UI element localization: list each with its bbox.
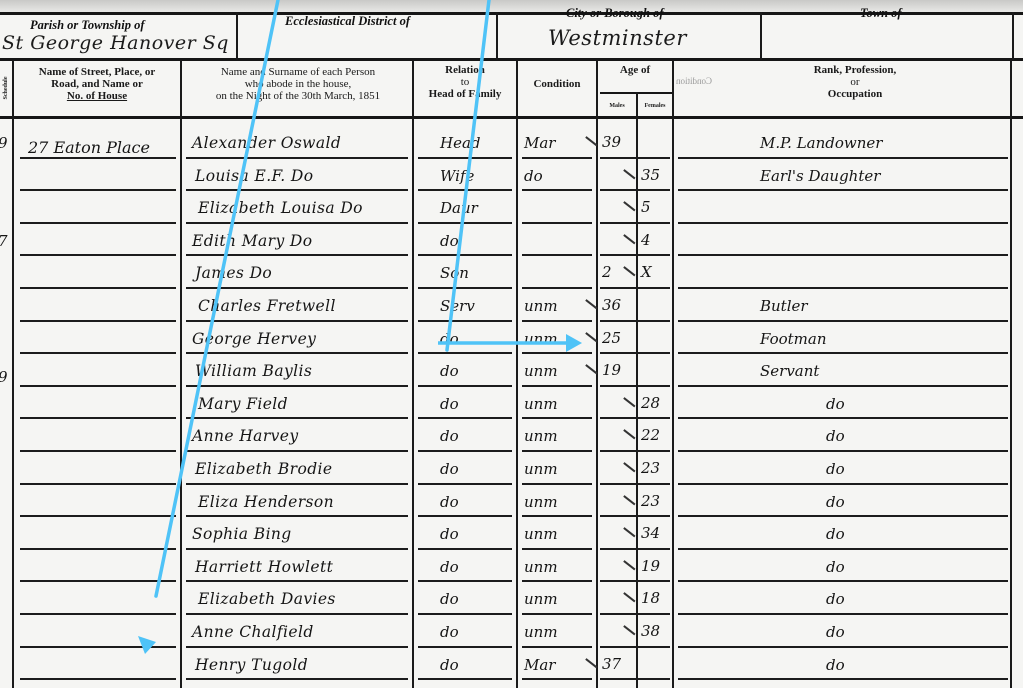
female-age: X (641, 263, 652, 281)
occupation: M.P. Landowner (760, 134, 882, 152)
header-divider-3 (760, 12, 762, 60)
row-rule-street (20, 157, 176, 159)
row-rule-age (600, 287, 670, 289)
row-rule-relation (418, 646, 512, 648)
relation-to-head: do (440, 427, 459, 445)
row-rule-age (600, 385, 670, 387)
row-rule-occupation (678, 189, 1008, 191)
table-row: Charles FretwellServunm36Butler (0, 291, 1023, 324)
occupation: do (826, 656, 845, 674)
row-rule-relation (418, 483, 512, 485)
occupation: Earl's Daughter (760, 167, 880, 185)
row-rule-occupation (678, 287, 1008, 289)
row-rule-name (186, 320, 408, 322)
row-rule-age (600, 254, 670, 256)
age-tick-mark (624, 267, 636, 277)
row-rule-condition (522, 157, 592, 159)
person-name: Anne Chalfield (192, 623, 314, 641)
age-of-header: Age of (620, 64, 650, 76)
row-rule-street (20, 580, 176, 582)
name-header-line3: on the Night of the 30th March, 1851 (216, 90, 380, 102)
person-name: Alexander Oswald (192, 134, 341, 152)
row-rule-name (186, 548, 408, 550)
row-rule-relation (418, 678, 512, 680)
table-row: William Baylisdounm19Servant (0, 356, 1023, 389)
relation-to-head: do (440, 590, 459, 608)
row-rule-street (20, 189, 176, 191)
occupation: do (826, 558, 845, 576)
row-rule-age (600, 417, 670, 419)
row-rule-street (20, 450, 176, 452)
table-row: Anne Chalfielddounm38do (0, 617, 1023, 650)
age-tick-mark (624, 560, 636, 570)
female-age: 4 (641, 231, 651, 249)
table-row: Mary Fielddounm28do (0, 389, 1023, 422)
relation-to-head: do (440, 493, 459, 511)
occupation: do (826, 590, 845, 608)
age-tick-mark (624, 495, 636, 505)
row-rule-name (186, 450, 408, 452)
occupation: do (826, 623, 845, 641)
street-header-line2: Road, and Name or (51, 78, 143, 90)
relation-to-head: Serv (440, 297, 475, 315)
row-rule-street (20, 254, 176, 256)
row-rule-occupation (678, 580, 1008, 582)
person-name: Charles Fretwell (198, 297, 336, 315)
occupation: do (826, 493, 845, 511)
row-rule-condition (522, 385, 592, 387)
age-tick-mark (624, 169, 636, 179)
row-rule-condition (522, 580, 592, 582)
person-name: Eliza Henderson (198, 493, 334, 511)
row-rule-age (600, 580, 670, 582)
ecclesiastical-label: Ecclesiastical District of (285, 14, 410, 29)
relation-to-head: do (440, 623, 459, 641)
table-row: Elizabeth Daviesdounm18do (0, 584, 1023, 617)
age-tick-mark (624, 234, 636, 244)
row-rule-age (600, 483, 670, 485)
row-rule-street (20, 417, 176, 419)
row-rule-name (186, 222, 408, 224)
row-rule-relation (418, 613, 512, 615)
row-rule-condition (522, 548, 592, 550)
age-tick-mark (624, 201, 636, 211)
female-age: 22 (641, 426, 660, 444)
person-name: Elizabeth Brodie (195, 460, 332, 478)
marital-condition: unm (524, 525, 558, 543)
occupation-header-line2: or (850, 76, 859, 88)
row-rule-occupation (678, 646, 1008, 648)
marital-condition: do (524, 167, 543, 185)
relation-to-head: do (440, 330, 459, 348)
male-age: 25 (602, 329, 621, 347)
occupation: do (826, 427, 845, 445)
person-name: George Hervey (192, 330, 316, 348)
table-row: Louisa E.F. DoWifedo35Earl's Daughter (0, 161, 1023, 194)
marital-condition: unm (524, 330, 558, 348)
age-tick-mark (624, 430, 636, 440)
row-rule-street (20, 515, 176, 517)
row-rule-age (600, 320, 670, 322)
relation-to-head: do (440, 232, 459, 250)
age-tick-mark (586, 136, 598, 146)
row-rule-relation (418, 417, 512, 419)
town-label: Town of (860, 6, 902, 21)
age-tick-mark (624, 625, 636, 635)
row-rule-age (600, 352, 670, 354)
person-name: Edith Mary Do (192, 232, 313, 250)
row-rule-name (186, 646, 408, 648)
age-tick-mark (624, 527, 636, 537)
row-rule-street (20, 646, 176, 648)
city-value: Westminster (548, 26, 687, 50)
table-row: Henry TugolddoMar37do (0, 650, 1023, 683)
row-rule-street (20, 222, 176, 224)
female-age: 35 (641, 166, 660, 184)
age-tick-mark (624, 397, 636, 407)
female-age: 23 (641, 492, 660, 510)
age-tick-mark (586, 658, 598, 668)
row-rule-name (186, 613, 408, 615)
row-rule-street (20, 678, 176, 680)
marital-condition: unm (524, 395, 558, 413)
female-age: 28 (641, 394, 660, 412)
schedule-col-header: Schedule (0, 66, 12, 110)
row-rule-occupation (678, 385, 1008, 387)
row-rule-condition (522, 352, 592, 354)
name-header-line1: Name and Surname of each Person (221, 66, 375, 78)
row-rule-street (20, 548, 176, 550)
table-row: Harriett Howlettdounm19do (0, 552, 1023, 585)
header-divider-1 (236, 12, 238, 60)
marital-condition: Mar (524, 656, 555, 674)
person-name: Elizabeth Davies (198, 590, 336, 608)
row-rule-occupation (678, 483, 1008, 485)
females-header: Females (638, 100, 672, 112)
row-rule-age (600, 678, 670, 680)
male-age: 39 (602, 133, 621, 151)
occupation: do (826, 395, 845, 413)
row-rule-name (186, 352, 408, 354)
age-col-header: Age of (598, 64, 672, 76)
table-row: Elizabeth Brodiedounm23do (0, 454, 1023, 487)
female-age: 5 (641, 198, 651, 216)
occupation-header-line1: Rank, Profession, (814, 64, 897, 76)
row-rule-condition (522, 254, 592, 256)
table-row: Anne Harveydounm22do (0, 421, 1023, 454)
row-rule-occupation (678, 417, 1008, 419)
row-rule-occupation (678, 548, 1008, 550)
row-rule-relation (418, 548, 512, 550)
row-rule-street (20, 352, 176, 354)
table-row: Sophia Bingdounm34do (0, 519, 1023, 552)
relation-to-head: Head (440, 134, 481, 152)
row-rule-name (186, 417, 408, 419)
occupation: do (826, 460, 845, 478)
age-tick-mark (586, 364, 598, 374)
row-rule-occupation (678, 254, 1008, 256)
row-rule-age (600, 222, 670, 224)
person-name: James Do (195, 264, 272, 282)
row-rule-age (600, 450, 670, 452)
column-header-bottom-rule (0, 116, 1023, 119)
city-label: City or Borough of (566, 6, 664, 21)
row-rule-occupation (678, 515, 1008, 517)
male-age: 36 (602, 296, 621, 314)
street-header-line3: No. of House (67, 90, 127, 102)
person-name: Elizabeth Louisa Do (198, 199, 363, 217)
age-tick-mark (624, 462, 636, 472)
row-rule-name (186, 678, 408, 680)
occupation: Servant (760, 362, 819, 380)
row-rule-age (600, 613, 670, 615)
row-rule-condition (522, 613, 592, 615)
row-rule-occupation (678, 352, 1008, 354)
marital-condition: unm (524, 362, 558, 380)
relation-to-head: do (440, 525, 459, 543)
row-rule-street (20, 483, 176, 485)
row-rule-age (600, 515, 670, 517)
occupation: Footman (760, 330, 827, 348)
relation-to-head: do (440, 656, 459, 674)
row-rule-condition (522, 678, 592, 680)
row-rule-street (20, 385, 176, 387)
table-row: Elizabeth Louisa DoDaur5 (0, 193, 1023, 226)
row-rule-occupation (678, 678, 1008, 680)
row-rule-name (186, 483, 408, 485)
row-rule-condition (522, 646, 592, 648)
row-rule-relation (418, 287, 512, 289)
relation-to-head: do (440, 460, 459, 478)
row-rule-age (600, 157, 670, 159)
row-rule-relation (418, 450, 512, 452)
row-rule-relation (418, 320, 512, 322)
header-divider-2 (496, 12, 498, 60)
row-rule-street (20, 287, 176, 289)
occupation: do (826, 525, 845, 543)
relation-header-line2: to (461, 76, 470, 88)
relation-to-head: Wife (440, 167, 474, 185)
person-name: Harriett Howlett (195, 558, 333, 576)
marital-condition: unm (524, 297, 558, 315)
row-rule-name (186, 580, 408, 582)
row-rule-street (20, 320, 176, 322)
person-name: Henry Tugold (195, 656, 308, 674)
relation-header-line3: Head of Family (429, 88, 502, 100)
occupation-header-line3: Occupation (828, 88, 882, 100)
relation-to-head: do (440, 558, 459, 576)
row-rule-relation (418, 222, 512, 224)
row-rule-name (186, 254, 408, 256)
marital-condition: unm (524, 493, 558, 511)
header-divider-4 (1012, 12, 1014, 60)
female-age: 23 (641, 459, 660, 477)
name-col-header: Name and Surname of each Person who abod… (182, 66, 414, 102)
relation-to-head: do (440, 395, 459, 413)
row-rule-relation (418, 352, 512, 354)
row-rule-condition (522, 287, 592, 289)
female-age: 38 (641, 622, 660, 640)
occupation-col-header: Rank, Profession, or Occupation (780, 64, 930, 100)
table-row: Eliza Hendersondounm23do (0, 487, 1023, 520)
marital-condition: unm (524, 460, 558, 478)
occupation: Butler (760, 297, 808, 315)
relation-col-header: Relation to Head of Family (414, 64, 516, 100)
table-row: George Herveydounm25Footman (0, 324, 1023, 357)
marital-condition: unm (524, 427, 558, 445)
relation-to-head: Daur (440, 199, 478, 217)
street-header-line1: Name of Street, Place, or (39, 66, 155, 78)
row-rule-condition (522, 320, 592, 322)
row-rule-condition (522, 189, 592, 191)
row-rule-occupation (678, 222, 1008, 224)
table-row: James DoSon2X (0, 258, 1023, 291)
age-tick-mark (586, 299, 598, 309)
row-rule-condition (522, 483, 592, 485)
person-name: Mary Field (198, 395, 288, 413)
male-age: 2 (602, 263, 612, 281)
row-rule-relation (418, 385, 512, 387)
marital-condition: unm (524, 623, 558, 641)
row-rule-occupation (678, 320, 1008, 322)
table-row: Edith Mary Dodo4 (0, 226, 1023, 259)
row-rule-relation (418, 515, 512, 517)
row-rule-street (20, 613, 176, 615)
person-name: Sophia Bing (192, 525, 292, 543)
female-age: 19 (641, 557, 660, 575)
row-rule-condition (522, 515, 592, 517)
header-mid-rule (0, 58, 1023, 61)
row-rule-name (186, 189, 408, 191)
row-rule-age (600, 548, 670, 550)
condition-col-header: Condition (518, 78, 596, 90)
row-rule-occupation (678, 157, 1008, 159)
relation-to-head: do (440, 362, 459, 380)
parish-value: St George Hanover Sq (2, 32, 229, 54)
row-rule-condition (522, 450, 592, 452)
age-tick-mark (624, 593, 636, 603)
row-rule-name (186, 385, 408, 387)
row-rule-relation (418, 157, 512, 159)
age-tick-mark (586, 332, 598, 342)
row-rule-condition (522, 417, 592, 419)
row-rule-age (600, 646, 670, 648)
row-rule-condition (522, 222, 592, 224)
males-header: Males (598, 100, 636, 112)
person-name: Louisa E.F. Do (195, 167, 313, 185)
condition-header: Condition (533, 78, 580, 90)
row-rule-occupation (678, 450, 1008, 452)
row-rule-name (186, 515, 408, 517)
name-header-line2: who abode in the house, (245, 78, 352, 90)
row-rule-relation (418, 254, 512, 256)
row-rule-relation (418, 189, 512, 191)
relation-to-head: Son (440, 264, 469, 282)
census-page: Parish or Township of St George Hanover … (0, 0, 1023, 688)
marital-condition: Mar (524, 134, 555, 152)
male-age: 19 (602, 361, 621, 379)
marital-condition: unm (524, 558, 558, 576)
street-col-header: Name of Street, Place, or Road, and Name… (14, 66, 180, 102)
parish-label: Parish or Township of (30, 18, 145, 33)
person-name: William Baylis (195, 362, 312, 380)
row-rule-occupation (678, 613, 1008, 615)
marital-condition: unm (524, 590, 558, 608)
person-name: Anne Harvey (192, 427, 299, 445)
row-rule-age (600, 189, 670, 191)
relation-header-line1: Relation (445, 64, 485, 76)
male-age: 37 (602, 655, 621, 673)
row-rule-name (186, 287, 408, 289)
condition-bleedthrough: Condition (676, 76, 712, 86)
row-rule-name (186, 157, 408, 159)
female-age: 34 (641, 524, 660, 542)
table-row: Alexander OswaldHeadMar39M.P. Landowner (0, 128, 1023, 161)
female-age: 18 (641, 589, 660, 607)
row-rule-relation (418, 580, 512, 582)
